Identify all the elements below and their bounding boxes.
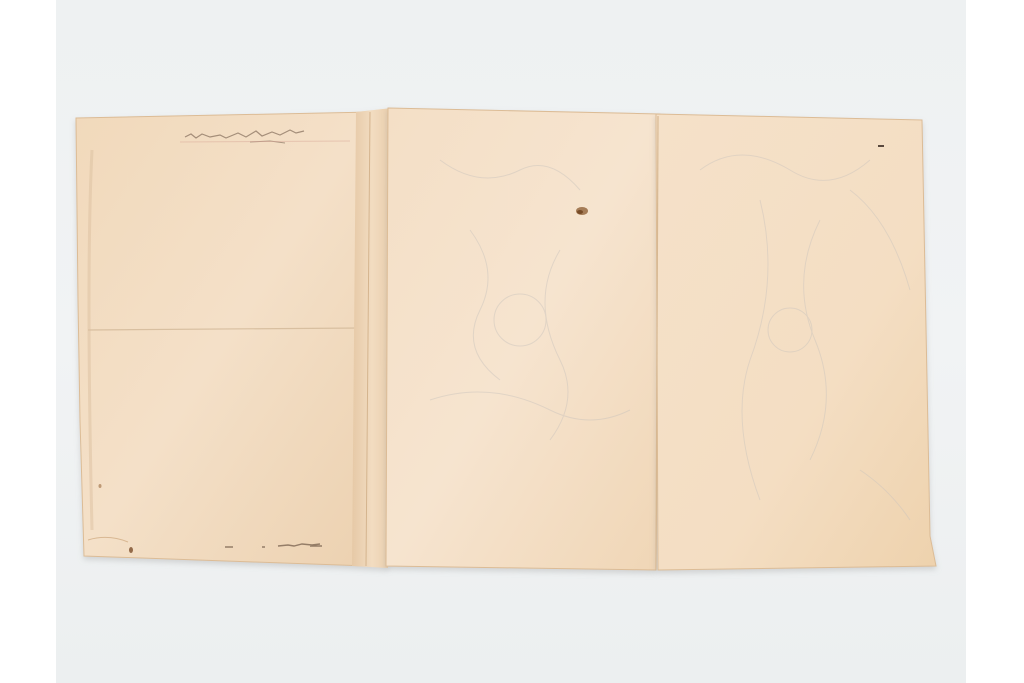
- center-panel: [386, 108, 660, 570]
- left-panel: [76, 108, 392, 568]
- right-panel: [656, 114, 936, 570]
- triptych-photo: [0, 0, 1024, 683]
